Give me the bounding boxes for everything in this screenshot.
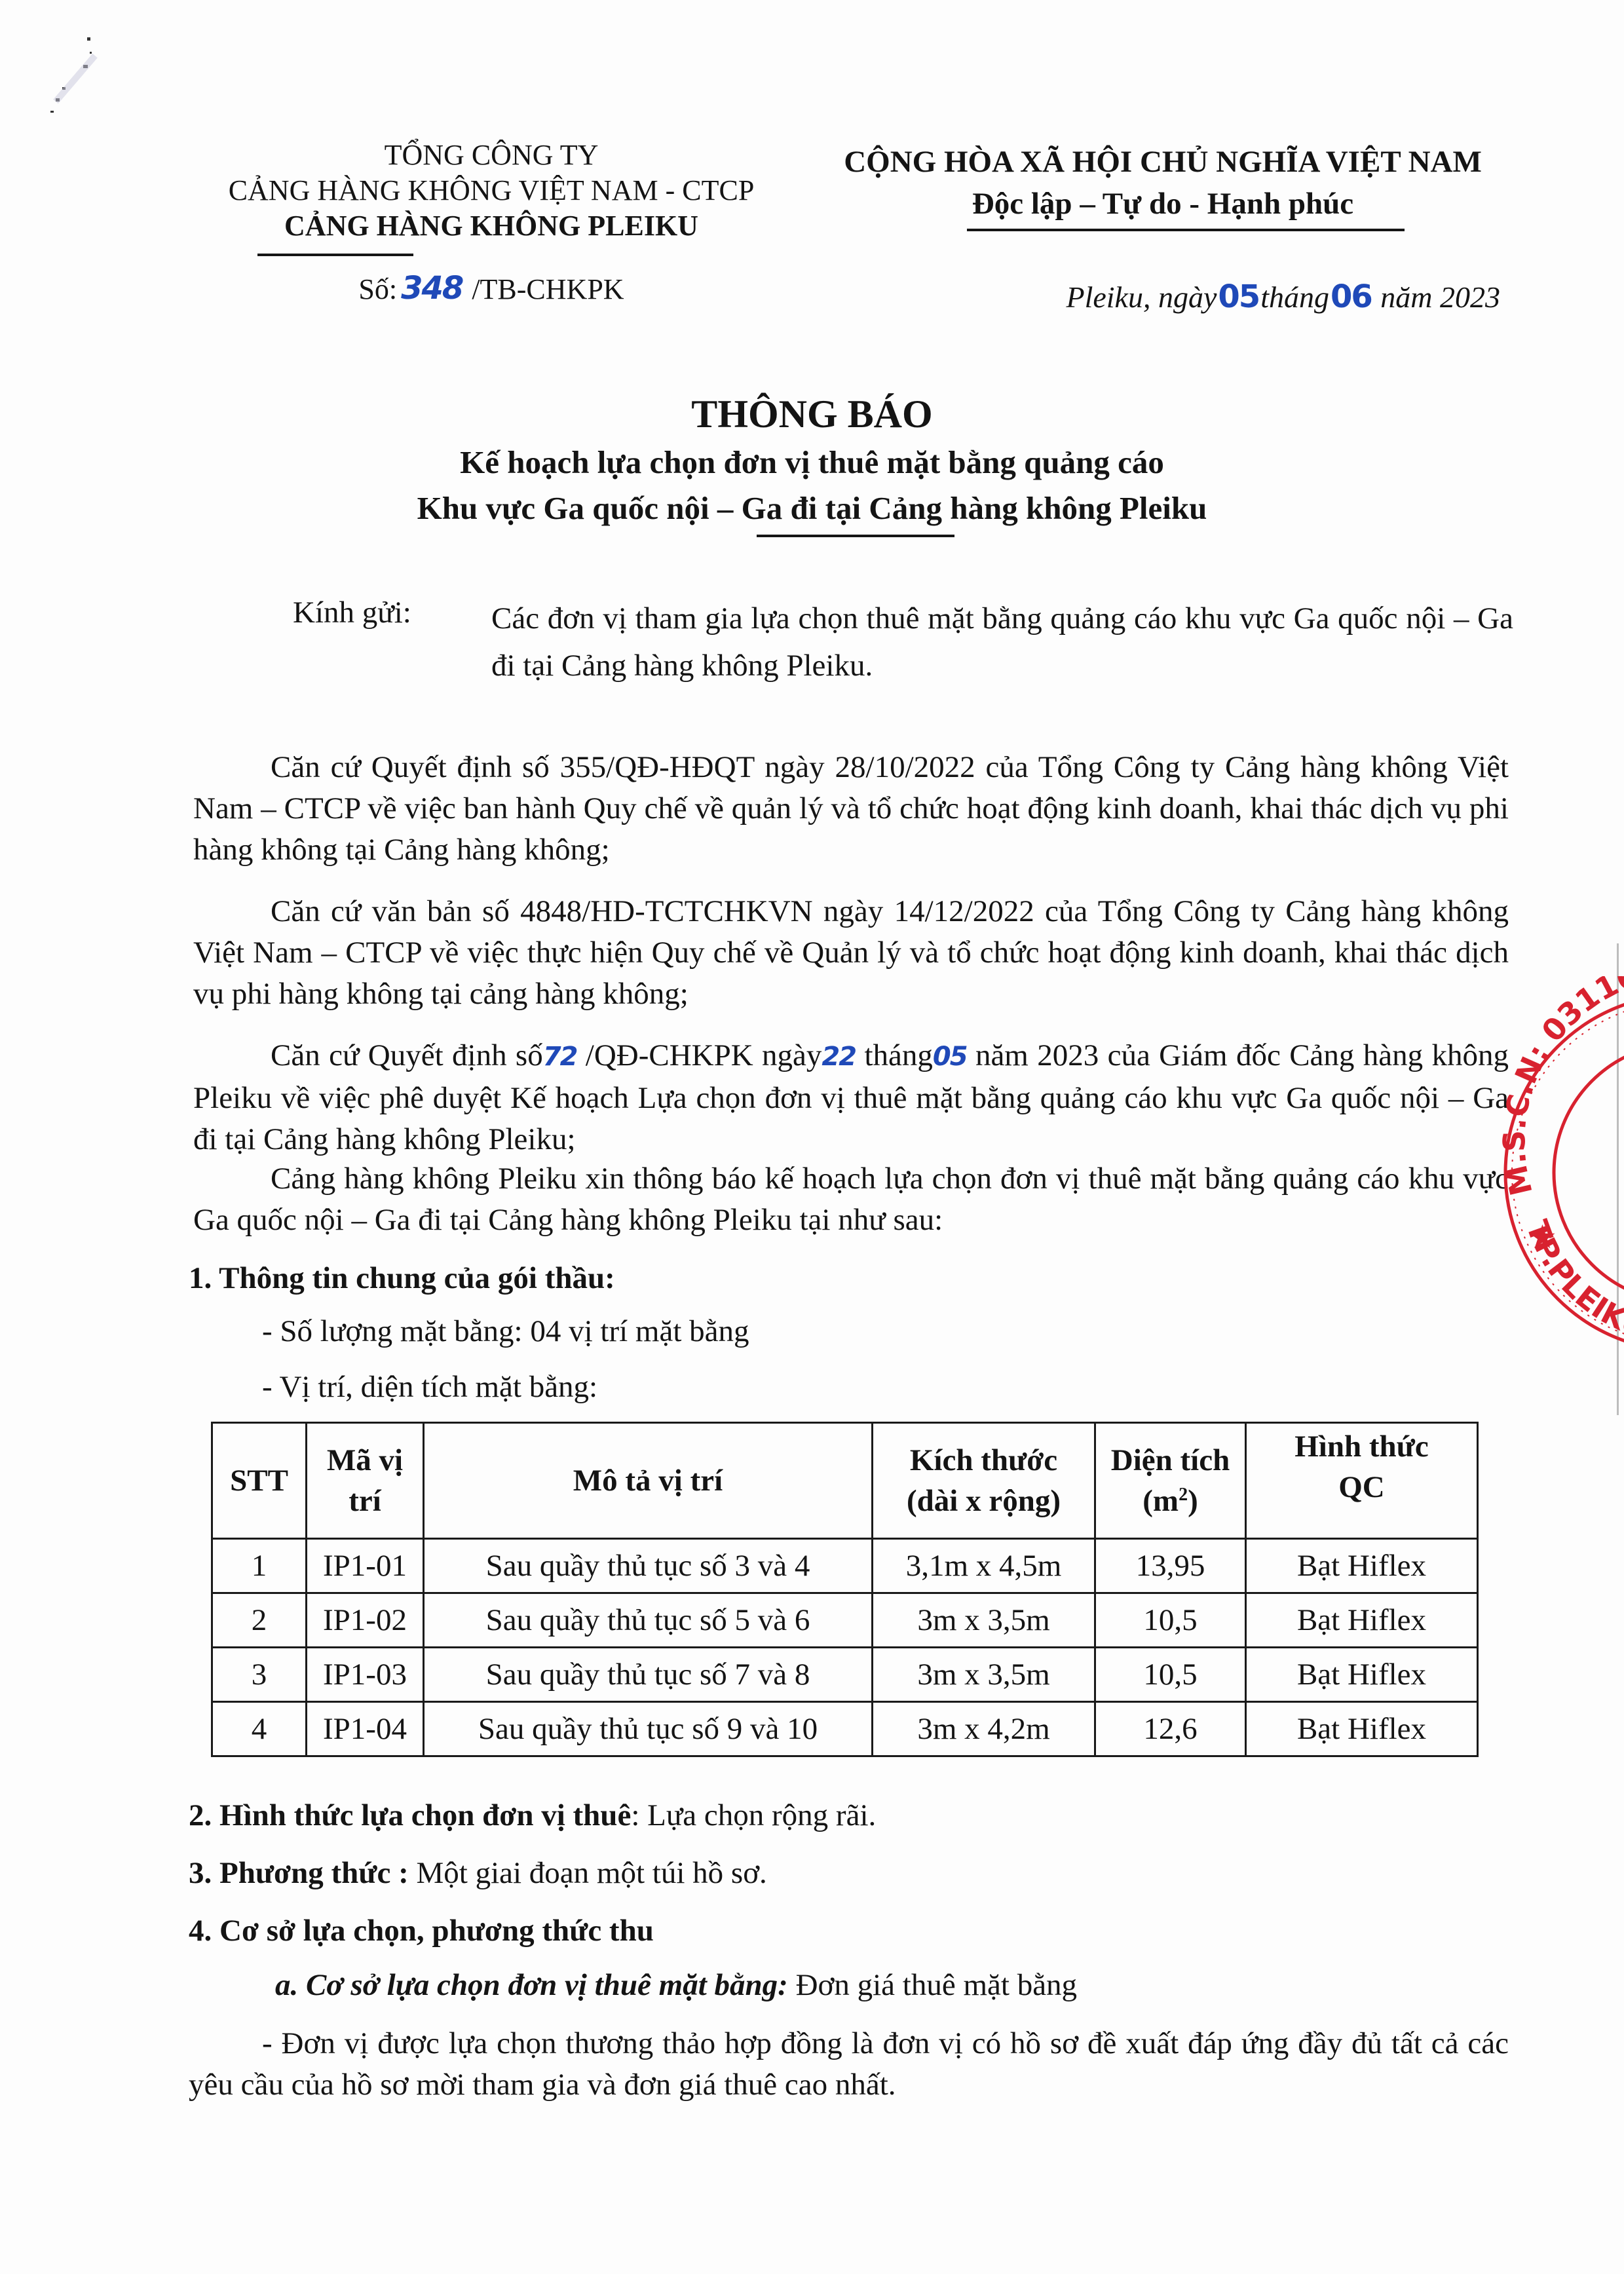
col-header-area: Diện tích(m2) [1095, 1423, 1246, 1539]
national-motto: Độc lập – Tự do - Hạnh phúc [786, 183, 1539, 225]
section-4a-criteria: - Đơn vị được lựa chọn thương thảo hợp đ… [189, 2023, 1509, 2106]
motto-underline [967, 229, 1405, 231]
date-prefix: Pleiku, ngày [1066, 280, 1217, 314]
issuer-parent-line1: TỔNG CÔNG TY [164, 138, 819, 173]
cell-stt: 3 [212, 1648, 307, 1702]
document-subtitle-1: Kế hoạch lựa chọn đơn vị thuê mặt bằng q… [0, 444, 1624, 481]
section-2: 2. Hình thức lựa chọn đơn vị thuê: Lựa c… [189, 1795, 876, 1836]
p3-decision-number: 72 [543, 1042, 577, 1072]
cell-size: 3m x 3,5m [873, 1648, 1095, 1702]
document-number: Số:348/TB-CHKPK [164, 270, 819, 307]
p3-day: 22 [821, 1042, 856, 1072]
cell-desc: Sau quầy thủ tục số 9 và 10 [424, 1702, 873, 1756]
section-4a-text: Đơn giá thuê mặt bằng [788, 1968, 1077, 2002]
cell-code: IP1-01 [307, 1539, 424, 1593]
date-day: 05 [1218, 278, 1259, 315]
document-subtitle-2: Khu vực Ga quốc nội – Ga đi tại Cảng hàn… [0, 489, 1624, 527]
col-header-stt: STT [212, 1423, 307, 1539]
seal-star: ★ [1528, 1218, 1557, 1256]
date-month-label: tháng [1260, 280, 1329, 314]
cell-size: 3,1m x 4,5m [873, 1539, 1095, 1593]
issuer-block: TỔNG CÔNG TY CẢNG HÀNG KHÔNG VIỆT NAM - … [164, 138, 819, 244]
recipients-label: Kính gửi: [293, 595, 411, 630]
cell-area: 10,5 [1095, 1593, 1246, 1648]
number-prefix: Số: [358, 273, 397, 305]
section-3-heading: 3. Phương thức : [189, 1856, 409, 1890]
cell-code: IP1-04 [307, 1702, 424, 1756]
cell-area: 10,5 [1095, 1648, 1246, 1702]
p3-text-b: /QĐ-CHKPK ngày [586, 1038, 822, 1072]
col-header-code: Mã vịtrí [307, 1423, 424, 1539]
cell-type: Bạt Hiflex [1246, 1539, 1478, 1593]
table-row: 2IP1-02Sau quầy thủ tục số 5 và 63m x 3,… [212, 1593, 1478, 1648]
section-2-heading: 2. Hình thức lựa chọn đơn vị thuê [189, 1798, 631, 1832]
national-motto-block: CỘNG HÒA XÃ HỘI CHỦ NGHĨA VIỆT NAM Độc l… [786, 141, 1539, 225]
premises-table: STT Mã vịtrí Mô tả vị trí Kích thước(dài… [211, 1422, 1479, 1757]
scan-speck-marks [29, 16, 115, 115]
section-4-heading: 4. Cơ sở lựa chọn, phương thức thu [189, 1910, 654, 1952]
legal-basis-1: Căn cứ Quyết định số 355/QĐ-HĐQT ngày 28… [193, 747, 1509, 871]
issue-date: Pleiku, ngày05tháng06 năm 2023 [786, 278, 1539, 315]
cell-code: IP1-02 [307, 1593, 424, 1648]
title-underline [757, 535, 954, 537]
number-suffix: /TB-CHKPK [472, 273, 624, 305]
official-seal-stamp: M.S.C.N: 031163852 TP.PLEIKU ★ CẢNGHÀNG … [1487, 976, 1624, 1356]
document-title: THÔNG BÁO [0, 392, 1624, 437]
cell-stt: 4 [212, 1702, 307, 1756]
col-header-size: Kích thước(dài x rộng) [873, 1423, 1095, 1539]
cell-size: 3m x 3,5m [873, 1593, 1095, 1648]
col-header-desc: Mô tả vị trí [424, 1423, 873, 1539]
number-handwritten: 348 [401, 270, 463, 307]
table-header-row: STT Mã vịtrí Mô tả vị trí Kích thước(dài… [212, 1423, 1478, 1539]
cell-area: 13,95 [1095, 1539, 1246, 1593]
cell-code: IP1-03 [307, 1648, 424, 1702]
table-row: 1IP1-01Sau quầy thủ tục số 3 và 43,1m x … [212, 1539, 1478, 1593]
cell-type: Bạt Hiflex [1246, 1648, 1478, 1702]
p3-text-a: Căn cứ Quyết định số [271, 1038, 543, 1072]
p3-text-c: tháng [864, 1038, 932, 1072]
date-month: 06 [1331, 278, 1372, 315]
section-4a: a. Cơ sở lựa chọn đơn vị thuê mặt bằng: … [275, 1967, 1077, 2003]
seal-registration-number: M.S.C.N: 031163852 [1496, 976, 1624, 1199]
issuer-parent-line2: CẢNG HÀNG KHÔNG VIỆT NAM - CTCP [164, 173, 819, 208]
issuer-name: CẢNG HÀNG KHÔNG PLEIKU [164, 208, 819, 244]
section-1-bullet-quantity: - Số lượng mặt bằng: 04 vị trí mặt bằng [262, 1314, 749, 1349]
national-name: CỘNG HÒA XÃ HỘI CHỦ NGHĨA VIỆT NAM [786, 141, 1539, 183]
cell-desc: Sau quầy thủ tục số 5 và 6 [424, 1593, 873, 1648]
section-3: 3. Phương thức : Một giai đoạn một túi h… [189, 1853, 767, 1894]
section-1-heading: 1. Thông tin chung của gói thầu: [189, 1258, 615, 1299]
cell-desc: Sau quầy thủ tục số 3 và 4 [424, 1539, 873, 1593]
table-row: 4IP1-04Sau quầy thủ tục số 9 và 103m x 4… [212, 1702, 1478, 1756]
section-1-bullet-location: - Vị trí, diện tích mặt bằng: [262, 1369, 597, 1405]
legal-basis-2: Căn cứ văn bản số 4848/HD-TCTCHKVN ngày … [193, 891, 1509, 1015]
table-row: 3IP1-03Sau quầy thủ tục số 7 và 83m x 3,… [212, 1648, 1478, 1702]
section-3-text: Một giai đoạn một túi hồ sơ. [409, 1856, 767, 1890]
cell-stt: 2 [212, 1593, 307, 1648]
cell-size: 3m x 4,2m [873, 1702, 1095, 1756]
section-4a-label: a. Cơ sở lựa chọn đơn vị thuê mặt bằng: [275, 1968, 788, 2002]
cell-type: Bạt Hiflex [1246, 1593, 1478, 1648]
legal-basis-3: Căn cứ Quyết định số72 /QĐ-CHKPK ngày22 … [193, 1035, 1509, 1160]
section-2-text: : Lựa chọn rộng rãi. [631, 1798, 876, 1832]
issuer-underline [257, 254, 413, 256]
recipients-text: Các đơn vị tham gia lựa chọn thuê mặt bằ… [491, 595, 1513, 689]
p3-month: 05 [933, 1042, 967, 1072]
cell-type: Bạt Hiflex [1246, 1702, 1478, 1756]
announcement-intro: Cảng hàng không Pleiku xin thông báo kế … [193, 1158, 1509, 1241]
cell-desc: Sau quầy thủ tục số 7 và 8 [424, 1648, 873, 1702]
col-header-type: Hình thứcQC [1246, 1423, 1478, 1539]
cell-stt: 1 [212, 1539, 307, 1593]
cell-area: 12,6 [1095, 1702, 1246, 1756]
date-year: năm 2023 [1380, 280, 1500, 314]
